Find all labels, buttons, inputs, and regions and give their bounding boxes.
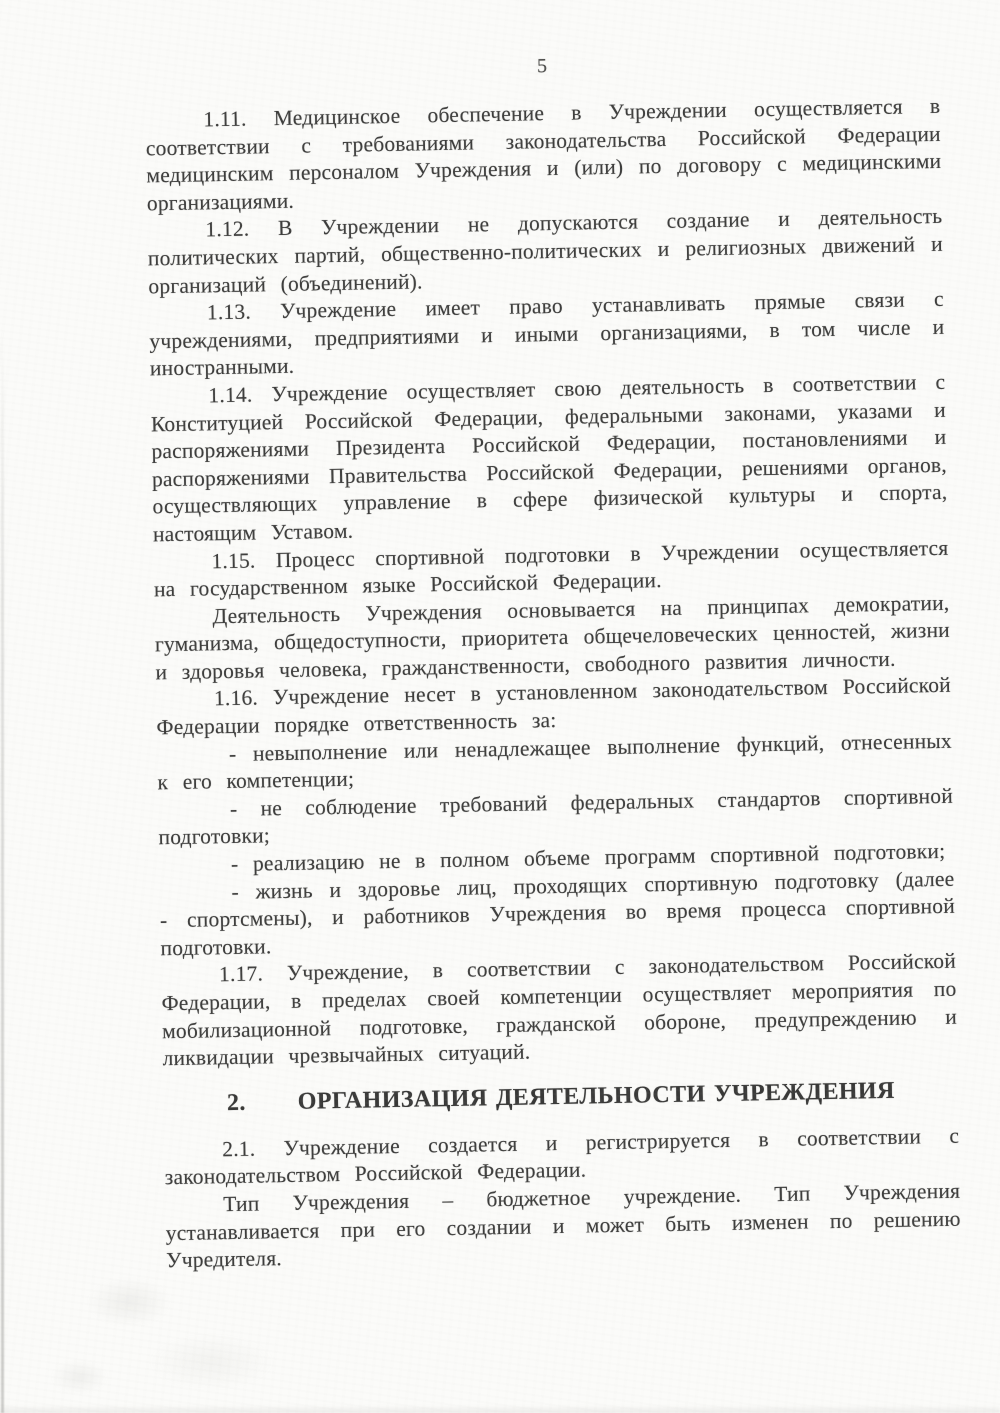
paragraph-1-13: 1.13. Учреждение имеет право устанавлива… — [149, 286, 945, 383]
section-title: ОРГАНИЗАЦИЯ ДЕЯТЕЛЬНОСТИ УЧРЕЖДЕНИЯ — [298, 1078, 895, 1115]
paragraph-1-14: 1.14. Учреждение осуществляет свою деяте… — [150, 369, 948, 549]
scan-left-edge-shadow — [1, 330, 4, 1413]
page-number: 5 — [144, 48, 939, 86]
paragraph-principles: Деятельность Учреждения основывается на … — [154, 589, 950, 686]
paragraph-1-12: 1.12. В Учреждении не допускаются создан… — [147, 203, 943, 300]
paragraph-1-17: 1.17. Учреждение, в соответствии с закон… — [161, 948, 958, 1073]
scan-bottom-edge-shadow — [0, 1405, 1000, 1413]
paragraph-1-11: 1.11. Медицинское обеспечение в Учрежден… — [145, 93, 942, 218]
section-heading: 2.ОРГАНИЗАЦИЯ ДЕЯТЕЛЬНОСТИ УЧРЕЖДЕНИЯ — [163, 1074, 958, 1120]
section-number: 2. — [227, 1090, 246, 1116]
scan-bottom-smudge — [30, 1257, 360, 1407]
page-content: 5 1.11. Медицинское обеспечение в Учрежд… — [0, 0, 1000, 1278]
document-body: 1.11. Медицинское обеспечение в Учрежден… — [145, 93, 961, 1275]
scanned-document-page: 5 1.11. Медицинское обеспечение в Учрежд… — [0, 0, 1000, 1413]
list-item-responsibility-4: - жизнь и здоровье лиц, проходящих спорт… — [159, 865, 955, 962]
